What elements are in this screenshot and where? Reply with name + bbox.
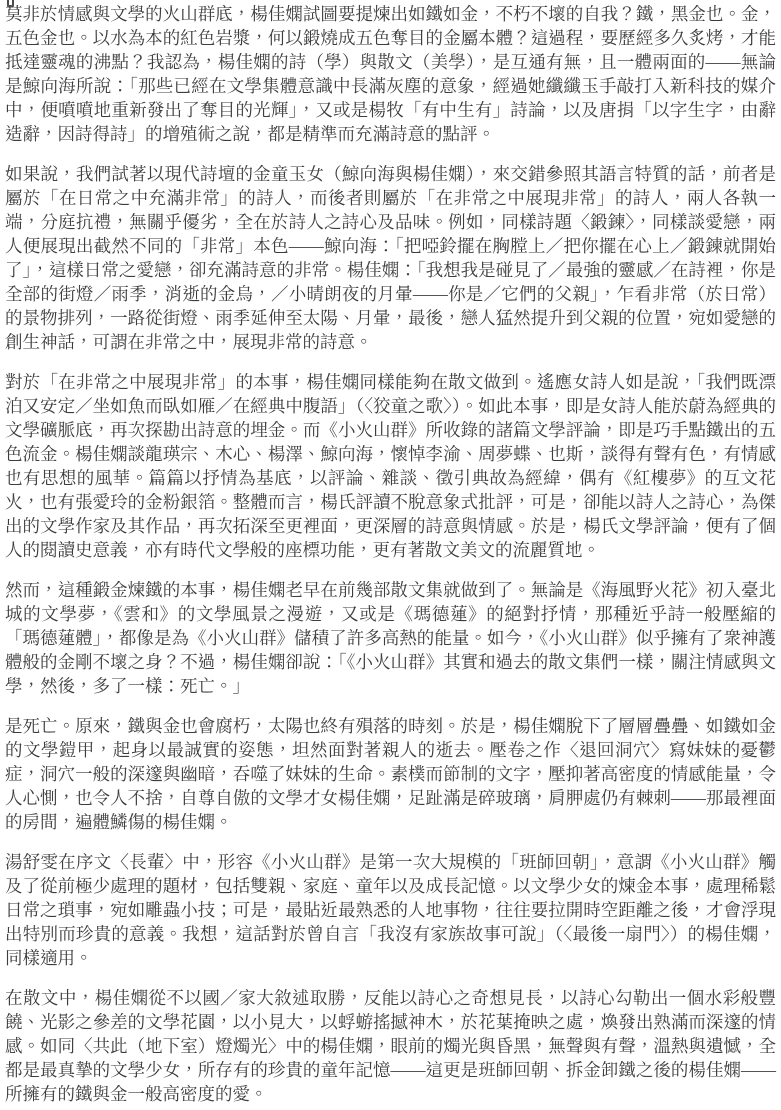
- paragraph-4: 然而，這種鍛金煉鐵的本事，楊佳嫻老早在前幾部散文集就做到了。無論是《海風野火花》…: [5, 578, 776, 698]
- paragraph-5: 是死亡。原來，鐵與金也會腐朽，太陽也終有殞落的時刻。於是，楊佳嫻脫下了層層疊疊、…: [5, 714, 776, 834]
- document-page: { "page": { "background_color": "#ffffff…: [0, 0, 781, 1110]
- paragraph-1: 莫非於情感與文學的火山群底，楊佳嫻試圖要提煉出如鐵如金，不朽不壞的自我？鐵，黑金…: [5, 2, 776, 146]
- paragraph-7: 在散文中，楊佳嫻從不以國／家大敘述取勝，反能以詩心之奇想見長，以詩心勾勒出一個水…: [5, 986, 776, 1106]
- essay-body: 莫非於情感與文學的火山群底，楊佳嫻試圖要提煉出如鐵如金，不朽不壞的自我？鐵，黑金…: [5, 2, 776, 1110]
- paragraph-3: 對於「在非常之中展現非常」的本事，楊佳嫻同樣能夠在散文做到。遙應女詩人如是說，「…: [5, 370, 776, 562]
- paragraph-6: 湯舒雯在序文〈長輩〉中，形容《小火山群》是第一次大規模的「班師回朝」，意謂《小火…: [5, 850, 776, 970]
- paragraph-2: 如果說，我們試著以現代詩壇的金童玉女（鯨向海與楊佳嫻），來交錯參照其語言特質的話…: [5, 162, 776, 354]
